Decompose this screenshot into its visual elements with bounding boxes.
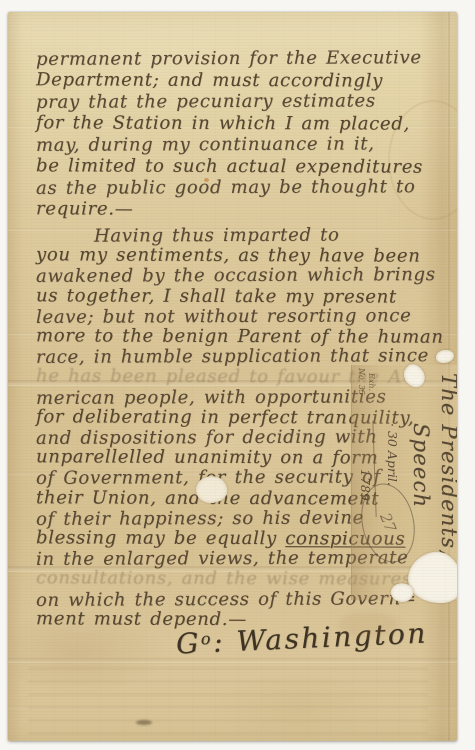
line-text: blessing may be equally	[36, 527, 285, 549]
manuscript-line: for the Station in which I am placed,	[36, 112, 438, 135]
scan-background: permanent provision for the Executive De…	[0, 0, 475, 750]
manuscript-line: awakened by the occasion which brings	[36, 266, 438, 288]
manuscript-page: permanent provision for the Executive De…	[8, 12, 457, 741]
docket-title-line1: The Presidents,	[437, 373, 457, 557]
docket-number: 27	[376, 511, 400, 535]
docket-title-line2: Speech	[409, 423, 433, 508]
manuscript-line: be limited to such actual expenditures	[36, 155, 438, 178]
paper-tear	[436, 350, 454, 363]
fold-crease	[8, 658, 457, 663]
docket-annotation-line2: No. 35	[357, 368, 366, 395]
fold-crease	[8, 706, 457, 709]
manuscript-line: require.—	[36, 198, 438, 221]
signature-superscript: o	[200, 629, 213, 649]
manuscript-line: us together, I shall take my present	[36, 286, 438, 308]
manuscript-line: as the public good may be thought to	[36, 176, 438, 199]
docket-date: · 30 April.	[385, 423, 400, 486]
signature-initial: G	[175, 626, 201, 660]
manuscript-line: Department; and must accordingly	[36, 69, 438, 92]
manuscript-line: permanent provision for the Executive	[36, 47, 438, 70]
manuscript-line: pray that the pecuniary estimates	[36, 90, 438, 113]
paragraph-1: permanent provision for the Executive De…	[36, 48, 438, 220]
docket-annotation-line1: Exh.	[367, 373, 376, 391]
ink-showthrough	[28, 667, 428, 737]
manuscript-line: may, during my continuance in it,	[36, 133, 438, 156]
docket-panel: The Presidents, Speech · 30 April. 1789.…	[351, 365, 457, 600]
dark-smudge	[136, 720, 152, 725]
